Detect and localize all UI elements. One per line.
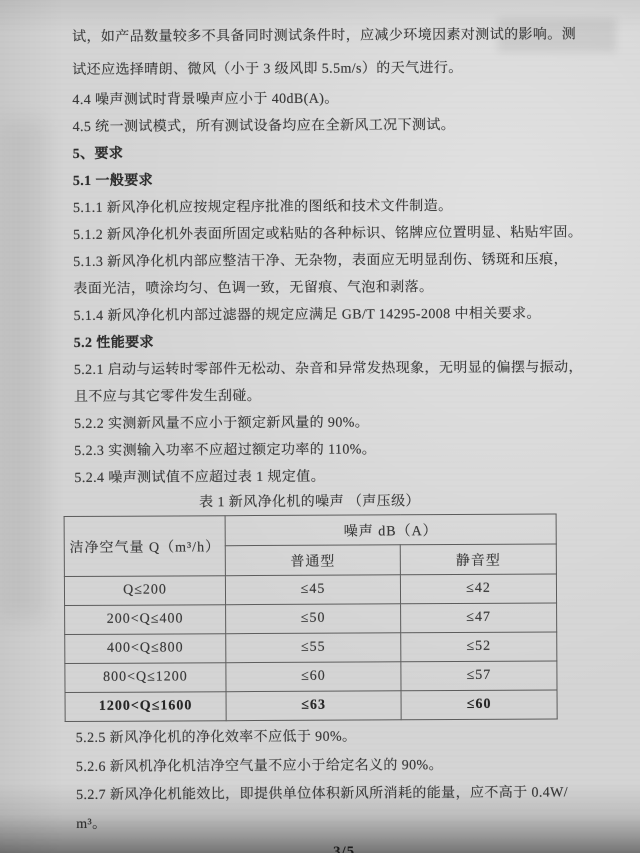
table-header-normal-type: 普通型 <box>225 545 400 576</box>
table-cell-quiet: ≤57 <box>401 661 557 691</box>
doc-line: 5.2.1 启动与运转时零部件无松动、杂音和异常发热现象，无明显的偏摆与振动， <box>74 354 578 384</box>
table-title: 表 1 新风净化机的噪声 （声压级） <box>63 489 555 516</box>
table-cell-flow: 400<Q≤800 <box>65 634 226 664</box>
section-heading: 5.1 一般要求 <box>73 165 577 195</box>
table-cell-quiet: ≤60 <box>401 690 557 720</box>
section-heading: 5.2 性能要求 <box>74 327 578 357</box>
doc-line: 4.5 统一测试模式，所有测试设备均应在全新风工况下测试。 <box>72 111 576 141</box>
noise-table: 洁净空气量 Q（m³/h） 噪声 dB（A） 普通型 静音型 Q≤200 ≤45… <box>64 513 558 722</box>
doc-line: 试还应选择晴朗、微风（小于 3 级风即 5.5m/s）的天气进行。 <box>72 51 576 87</box>
doc-line: 5.2.6 新风机净化机洁净空气量不应小于给定名义的 90%。 <box>76 751 580 782</box>
page-number: 3/5 <box>333 844 355 853</box>
doc-line: 5.1.3 新风净化机内部应整洁干净、无杂物，表面应无明显刮伤、锈斑和压痕， <box>73 246 577 276</box>
document-body: 试，如产品数量较多不具备同时测试条件时，应减少环境因素对测试的影响。测 试还应选… <box>72 18 580 839</box>
table-cell-flow: 200<Q≤400 <box>65 605 226 635</box>
doc-line: 4.4 噪声测试时背景噪声应小于 40dB(A)。 <box>72 84 576 114</box>
section-heading: 5、要求 <box>73 138 577 168</box>
table-cell-normal: ≤60 <box>226 662 401 692</box>
table-cell-normal: ≤55 <box>226 633 401 663</box>
table-header-noise-group: 噪声 dB（A） <box>225 514 556 546</box>
doc-line: 5.1.1 新风净化机应按规定程序批准的图纸和技术文件制造。 <box>73 192 577 222</box>
table-cell-flow: Q≤200 <box>64 576 225 606</box>
doc-line: 5.2.5 新风净化机的净化效率不应低于 90%。 <box>76 722 580 753</box>
table-cell-normal: ≤63 <box>226 691 401 721</box>
table-cell-normal: ≤45 <box>225 575 400 605</box>
table-cell-flow: 1200<Q≤1600 <box>65 692 226 722</box>
scanned-document-page: { "document": { "lines": [ {"text": "试，如… <box>0 0 640 853</box>
doc-line: 5.1.2 新风净化机外表面所固定或粘贴的各种标识、铭牌应位置明显、粘贴牢固。 <box>73 219 577 249</box>
doc-line: 表面光洁，喷涂均匀、色调一致，无留痕、气泡和剥落。 <box>73 273 577 303</box>
table-header-flow: 洁净空气量 Q（m³/h） <box>64 516 225 577</box>
table-header-quiet-type: 静音型 <box>400 544 556 575</box>
doc-line: 且不应与其它零件发生刮碰。 <box>74 381 578 411</box>
doc-line: 试，如产品数量较多不具备同时测试条件时，应减少环境因素对测试的影响。测 <box>72 18 576 54</box>
table-cell-quiet: ≤47 <box>401 603 557 633</box>
doc-line: 5.2.3 实测输入功率不应超过额定功率的 110%。 <box>74 435 578 465</box>
doc-line: 5.2.7 新风净化机能效比，即提供单位体积新风所消耗的能量，应不高于 0.4W… <box>76 779 580 810</box>
doc-line: 5.2.4 噪声测试值不应超过表 1 规定值。 <box>74 462 578 492</box>
doc-line: 5.2.2 实测新风量不应小于额定新风量的 90%。 <box>74 408 578 438</box>
table-cell-quiet: ≤42 <box>400 574 556 604</box>
table-cell-quiet: ≤52 <box>401 632 557 662</box>
doc-line: 5.1.4 新风净化机内部过滤器的规定应满足 GB/T 14295-2008 中… <box>73 300 577 330</box>
scan-shading-artifact <box>0 120 46 620</box>
table-cell-normal: ≤50 <box>226 604 401 634</box>
after-table-text: 5.2.5 新风净化机的净化效率不应低于 90%。 5.2.6 新风机净化机洁净… <box>76 722 581 839</box>
doc-line: m³。 <box>76 808 580 839</box>
table-cell-flow: 800<Q≤1200 <box>65 663 226 693</box>
